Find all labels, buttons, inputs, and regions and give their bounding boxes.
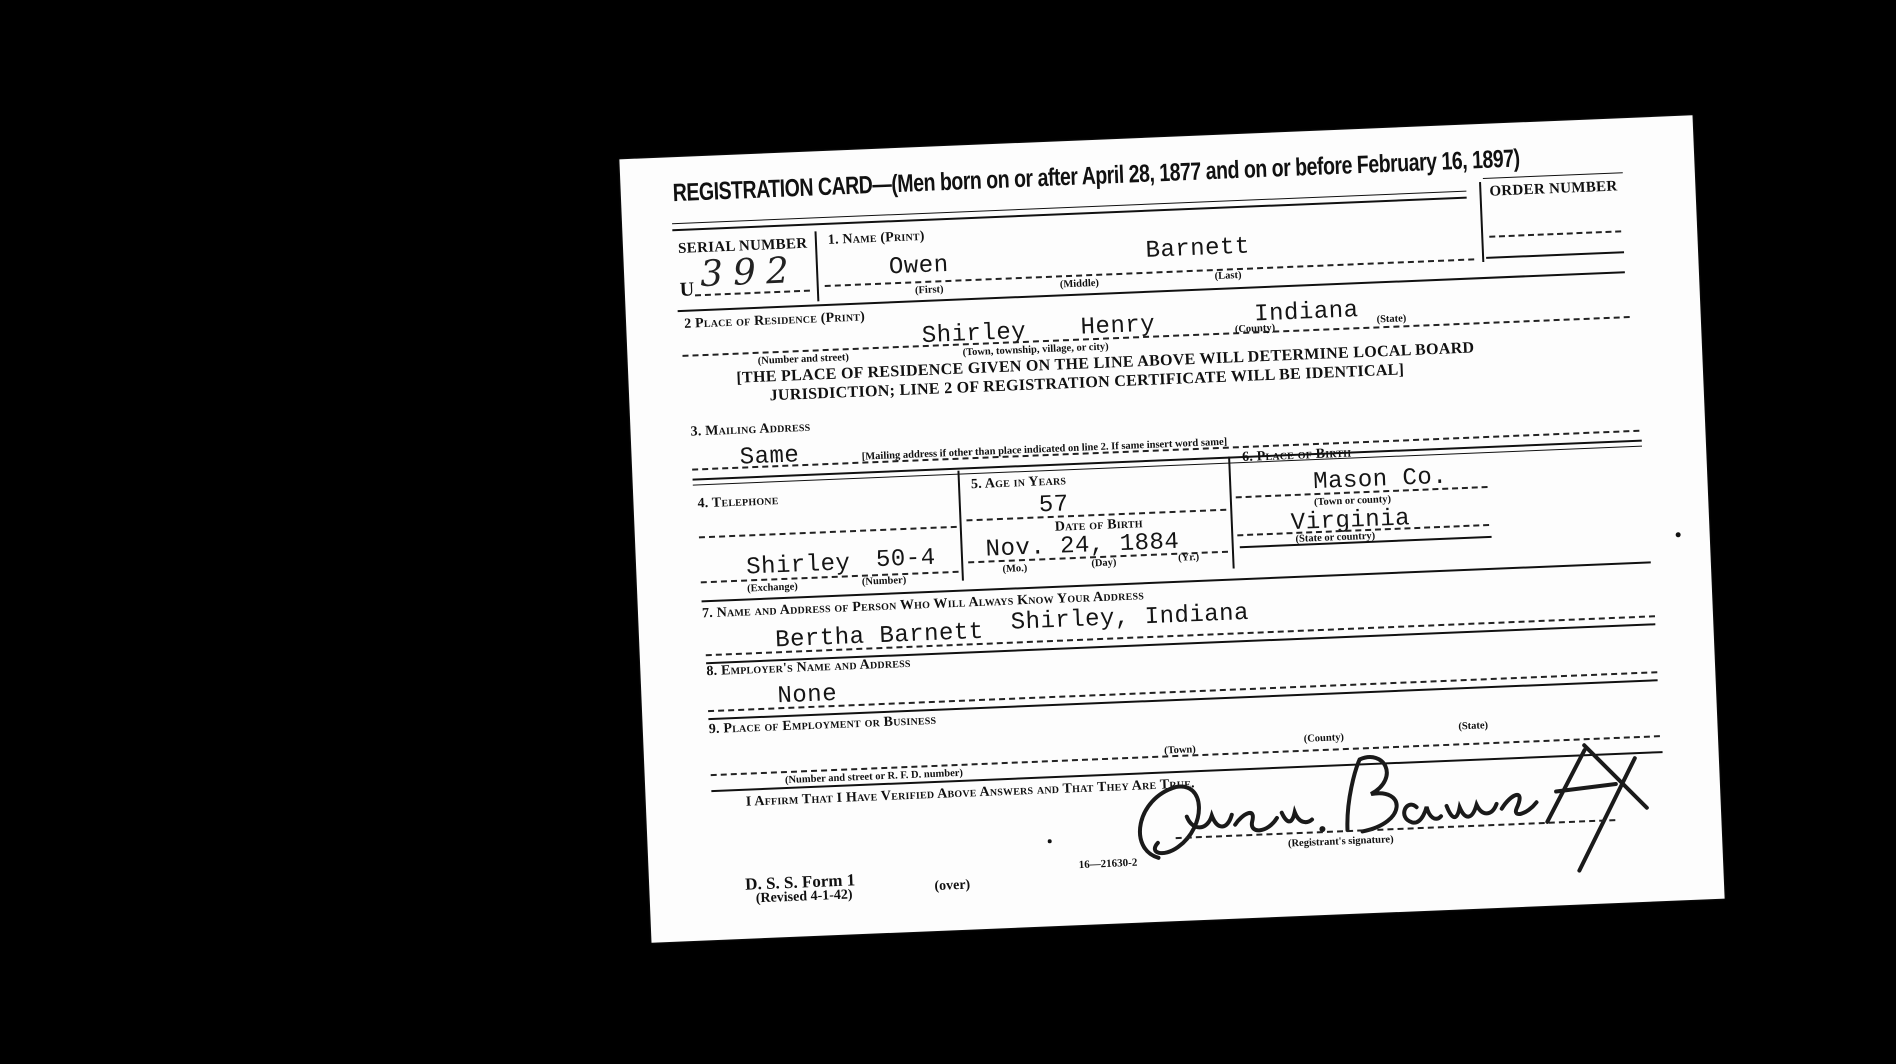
signature-icon — [1114, 727, 1680, 910]
order-divider — [1479, 182, 1484, 262]
card-title: REGISTRATION CARD—(Men born on or after … — [672, 144, 1520, 208]
order-number-field[interactable] — [1489, 230, 1621, 237]
name-first: Owen — [889, 252, 950, 281]
form-revised: (Revised 4-1-42) — [756, 887, 853, 907]
name-divider — [814, 231, 819, 301]
order-bottom-rule — [1486, 251, 1624, 259]
age-label: 5. Age in Years — [971, 473, 1067, 493]
column-divider-1 — [957, 471, 964, 581]
dob-mo-caption: (Mo.) — [1002, 563, 1027, 575]
ink-dot — [1048, 839, 1052, 843]
print-code: 16—21630-2 — [1078, 857, 1137, 871]
residence-state-caption: (State) — [1376, 313, 1406, 325]
employer-field[interactable] — [708, 671, 1657, 712]
dob-yr-caption: (Yr.) — [1178, 552, 1199, 564]
mailing-label: 3. Mailing Address — [690, 420, 810, 441]
name-last: Barnett — [1145, 234, 1250, 265]
last-caption: (Last) — [1214, 270, 1241, 282]
employment-state-caption: (State) — [1458, 720, 1488, 732]
number-caption: (Number) — [862, 575, 907, 588]
exchange-caption: (Exchange) — [747, 581, 798, 594]
ink-dot-right — [1676, 532, 1681, 537]
name-label: 1. Name (Print) — [828, 229, 925, 249]
telephone-number: 50-4 — [875, 545, 936, 574]
birthplace-label: 6. Place of Birth — [1242, 446, 1352, 466]
order-number-label: ORDER NUMBER — [1489, 178, 1618, 200]
middle-caption: (Middle) — [1060, 278, 1099, 291]
section-rule-4 — [708, 679, 1657, 720]
column-divider-2 — [1228, 457, 1235, 569]
registration-card: REGISTRATION CARD—(Men born on or after … — [619, 115, 1724, 942]
first-caption: (First) — [915, 284, 944, 296]
telephone-label: 4. Telephone — [697, 493, 779, 512]
telephone-line-1[interactable] — [699, 526, 957, 539]
serial-number-value: 392 — [699, 250, 799, 295]
over-note: (over) — [934, 878, 970, 895]
dob-day-caption: (Day) — [1091, 557, 1117, 569]
mailing-rule-2 — [693, 446, 1642, 486]
residence-label: 2 Place of Residence (Print) — [684, 309, 865, 332]
employer-label: 8. Employer's Name and Address — [706, 656, 911, 680]
serial-prefix: U — [679, 278, 695, 302]
section-rule-1 — [678, 271, 1625, 312]
residence-county-caption: (County) — [1235, 323, 1276, 336]
